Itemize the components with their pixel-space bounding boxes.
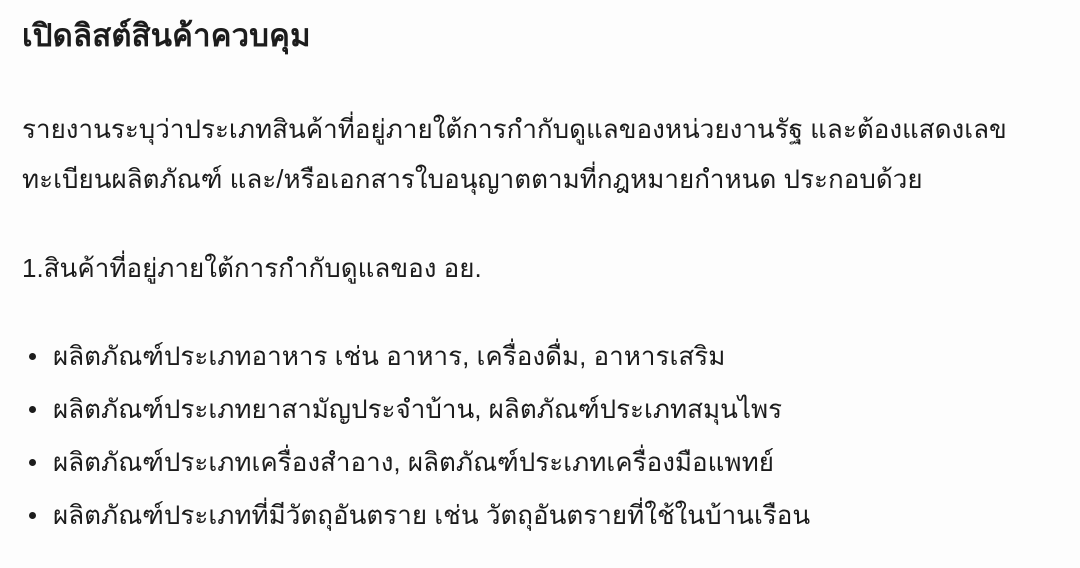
page-title: เปิดลิสต์สินค้าควบคุม <box>22 14 1056 58</box>
section-1-title: 1.สินค้าที่อยู่ภายใต้การกำกับดูแลของ อย. <box>22 244 1056 292</box>
list-item: ผลิตภัณฑ์ประเภทที่มีวัตถุอันตราย เช่น วั… <box>22 491 1056 539</box>
bullet-icon <box>29 406 36 413</box>
bullet-icon <box>29 459 36 466</box>
controlled-products-list: ผลิตภัณฑ์ประเภทอาหาร เช่น อาหาร, เครื่อง… <box>22 332 1056 539</box>
list-item-text: ผลิตภัณฑ์ประเภทอาหาร เช่น อาหาร, เครื่อง… <box>53 332 1056 380</box>
list-item: ผลิตภัณฑ์ประเภทเครื่องสำอาง, ผลิตภัณฑ์ปร… <box>22 438 1056 486</box>
intro-paragraph: รายงานระบุว่าประเภทสินค้าที่อยู่ภายใต้กา… <box>22 104 1046 204</box>
list-item: ผลิตภัณฑ์ประเภทยาสามัญประจำบ้าน, ผลิตภัณ… <box>22 385 1056 433</box>
list-item-text: ผลิตภัณฑ์ประเภทเครื่องสำอาง, ผลิตภัณฑ์ปร… <box>53 438 1056 486</box>
list-item-text: ผลิตภัณฑ์ประเภทที่มีวัตถุอันตราย เช่น วั… <box>53 491 1056 539</box>
article-body: เปิดลิสต์สินค้าควบคุม รายงานระบุว่าประเภ… <box>0 0 1080 539</box>
bullet-icon <box>29 512 36 519</box>
bullet-icon <box>29 353 36 360</box>
list-item: ผลิตภัณฑ์ประเภทอาหาร เช่น อาหาร, เครื่อง… <box>22 332 1056 380</box>
list-item-text: ผลิตภัณฑ์ประเภทยาสามัญประจำบ้าน, ผลิตภัณ… <box>53 385 1056 433</box>
